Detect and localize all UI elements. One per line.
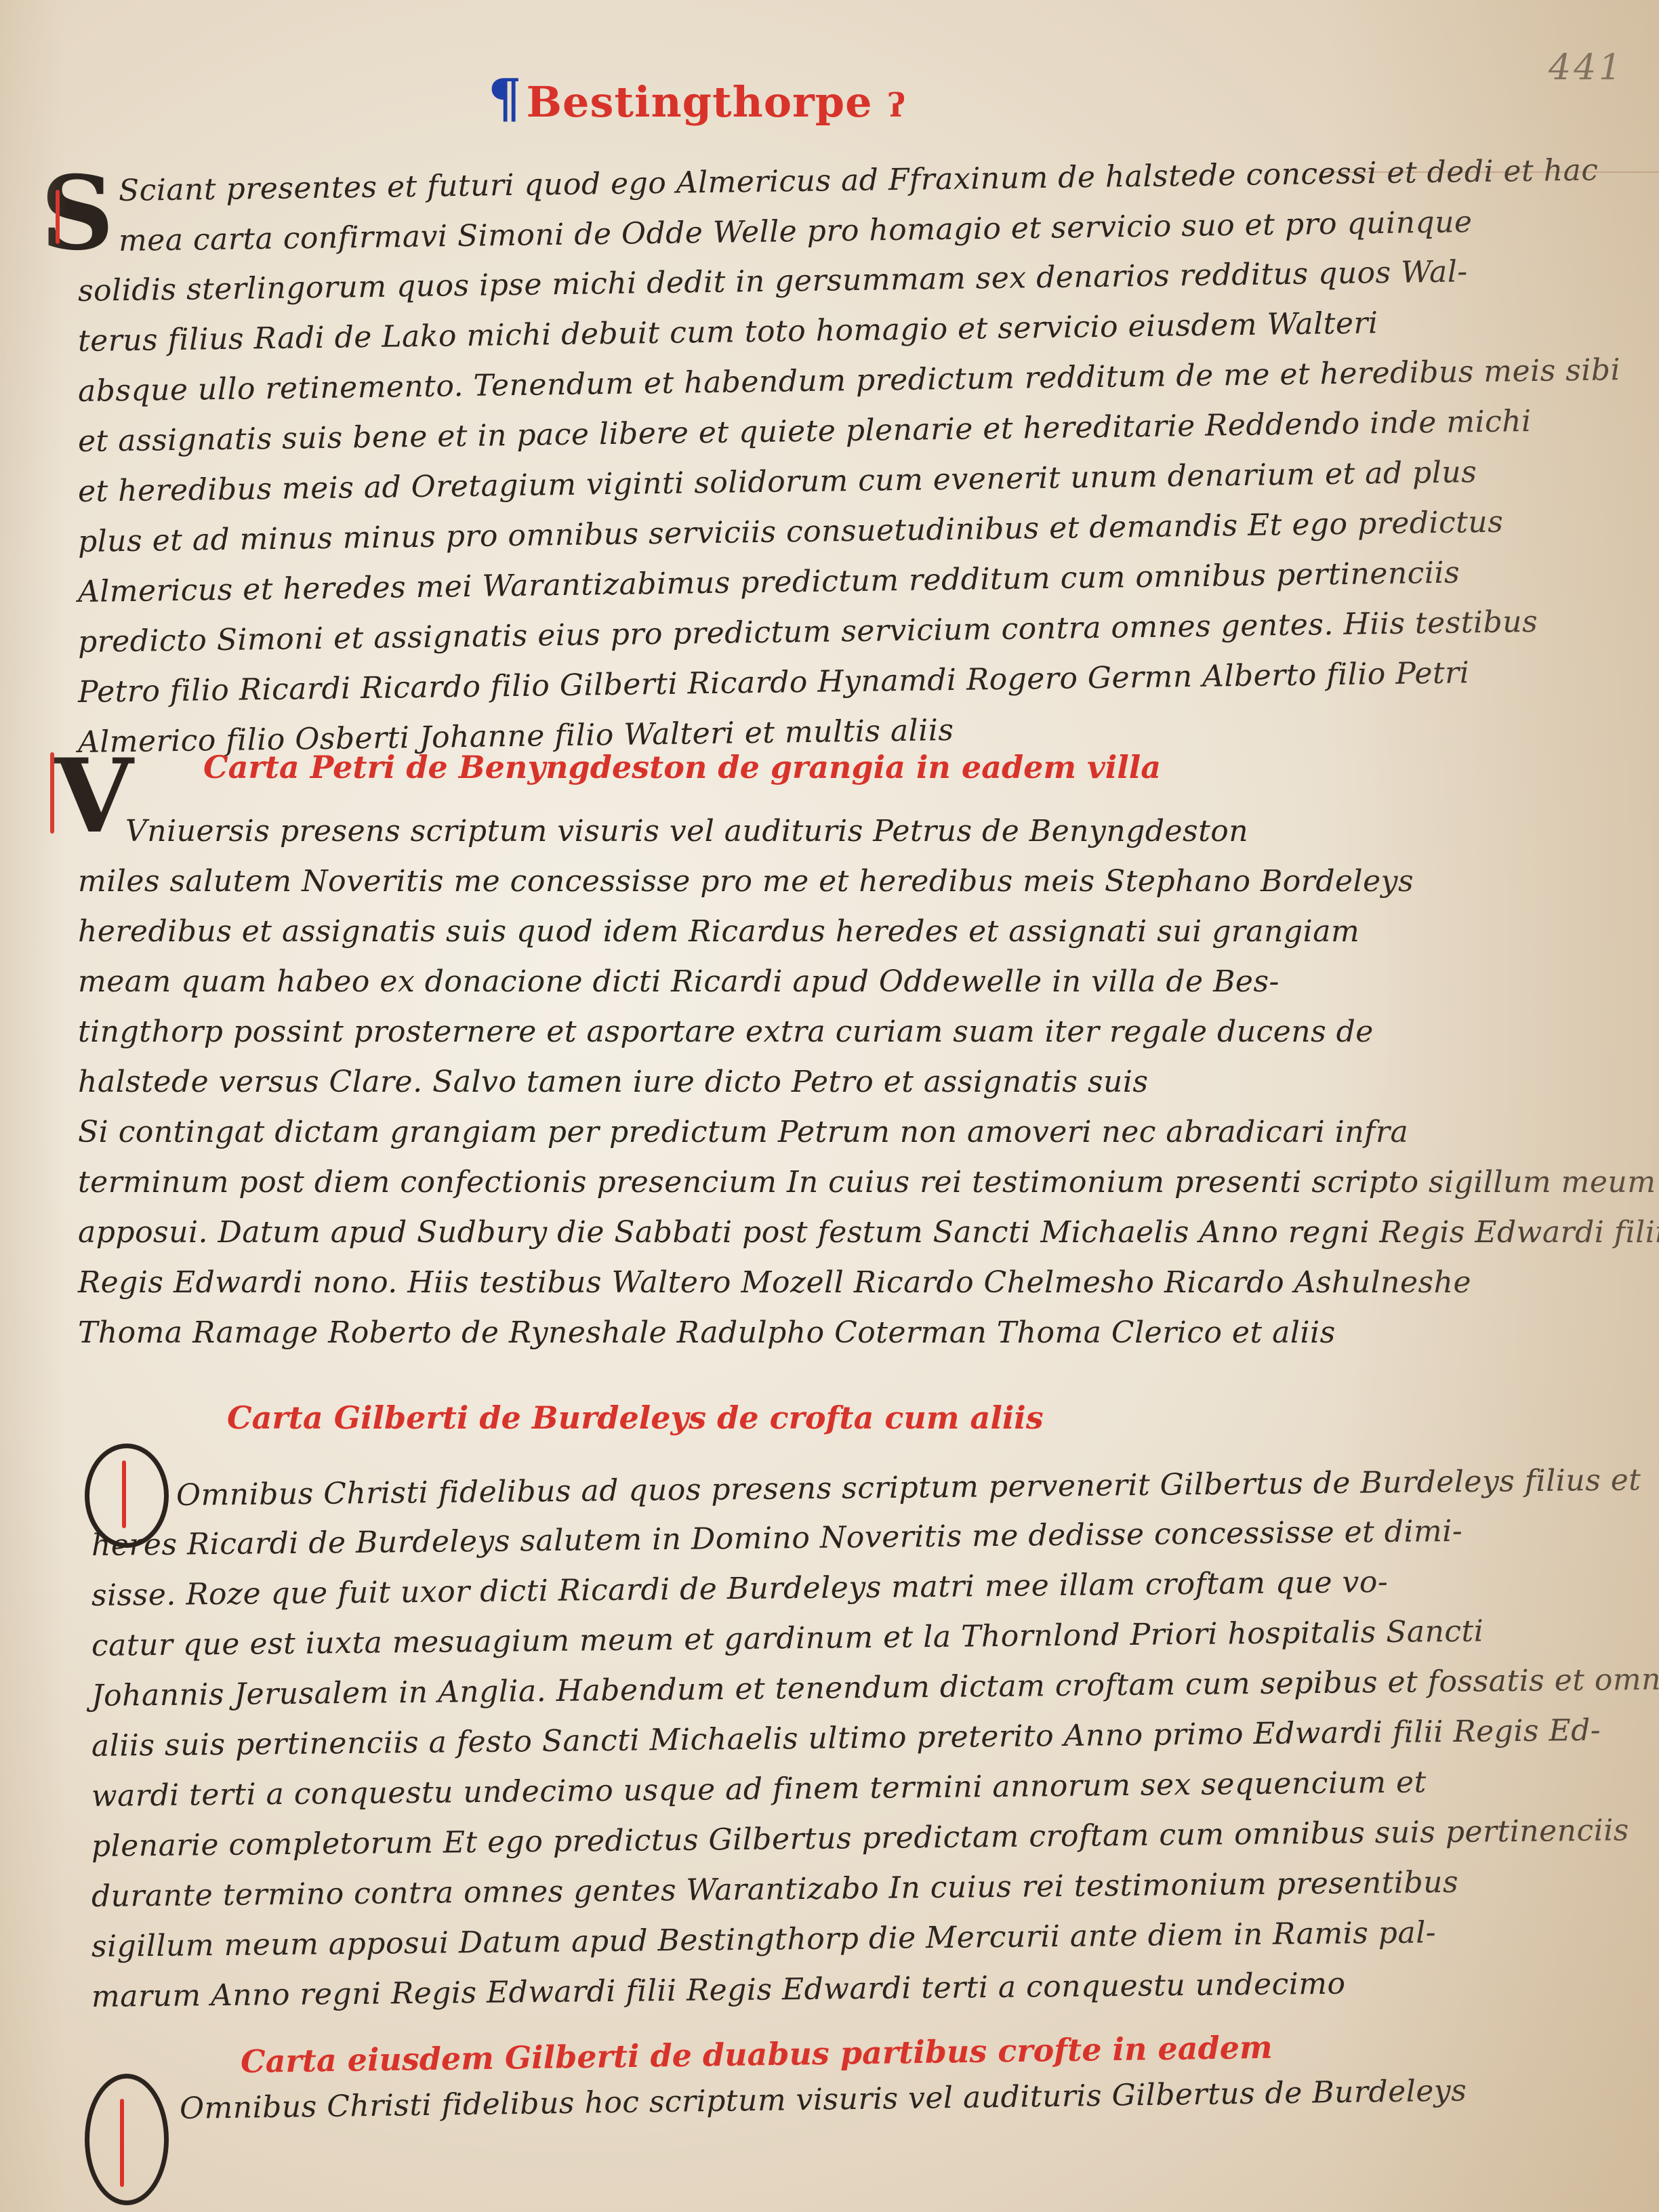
charter-4-text: Omnibus Christi fidelibus hoc scriptum v… <box>180 2084 1440 2134</box>
text-line: halstede versus Clare. Salvo tamen iure … <box>78 1057 1366 1107</box>
charter-2-rubric: Carta Petri de Benyngdeston de grangia i… <box>203 749 1161 785</box>
text-line: miles salutem Noveritis me concessisse p… <box>78 857 1366 907</box>
initial-letter: S <box>41 154 114 273</box>
initial-red-stroke <box>120 2099 124 2187</box>
running-title: ¶Bestingthorpeʔ <box>488 68 906 129</box>
paragraph-mark-icon: ¶ <box>488 68 523 129</box>
text-line: Regis Edwardi nono. Hiis testibus Walter… <box>78 1258 1366 1308</box>
running-title-text: Bestingthorpe <box>527 77 873 127</box>
decorated-initial-s: S <box>41 163 114 264</box>
text-line: Si contingat dictam grangiam per predict… <box>78 1107 1366 1158</box>
charter-3-text: Omnibus Christi fidelibus ad quos presen… <box>91 1471 1366 2022</box>
manuscript-page: 441 ¶Bestingthorpeʔ S Sciant presentes e… <box>0 0 1659 2212</box>
text-line: tingthorp possint prosternere et asporta… <box>78 1007 1366 1057</box>
text-line: apposui. Datum apud Sudbury die Sabbati … <box>78 1208 1366 1258</box>
text-line: heredibus et assignatis suis quod idem R… <box>78 907 1366 957</box>
charter-1-text: Sciant presentes et futuri quod ego Alme… <box>119 166 1359 768</box>
charter-2-text: Vniuersis presens scriptum visuris vel a… <box>78 806 1366 1358</box>
charter-3-rubric: Carta Gilberti de Burdeleys de crofta cu… <box>227 1399 1044 1436</box>
text-line: Thoma Ramage Roberto de Ryneshale Radulp… <box>78 1308 1366 1358</box>
text-line: Vniuersis presens scriptum visuris vel a… <box>125 806 1366 857</box>
decorated-initial-o <box>85 2074 169 2205</box>
end-mark-icon: ʔ <box>888 87 906 125</box>
initial-red-stroke <box>56 190 60 244</box>
initial-red-stroke <box>50 752 54 834</box>
text-line: terminum post diem confectionis presenci… <box>78 1158 1366 1208</box>
folio-number: 441 <box>1549 47 1624 88</box>
text-line: meam quam habeo ex donacione dicti Ricar… <box>78 957 1366 1007</box>
